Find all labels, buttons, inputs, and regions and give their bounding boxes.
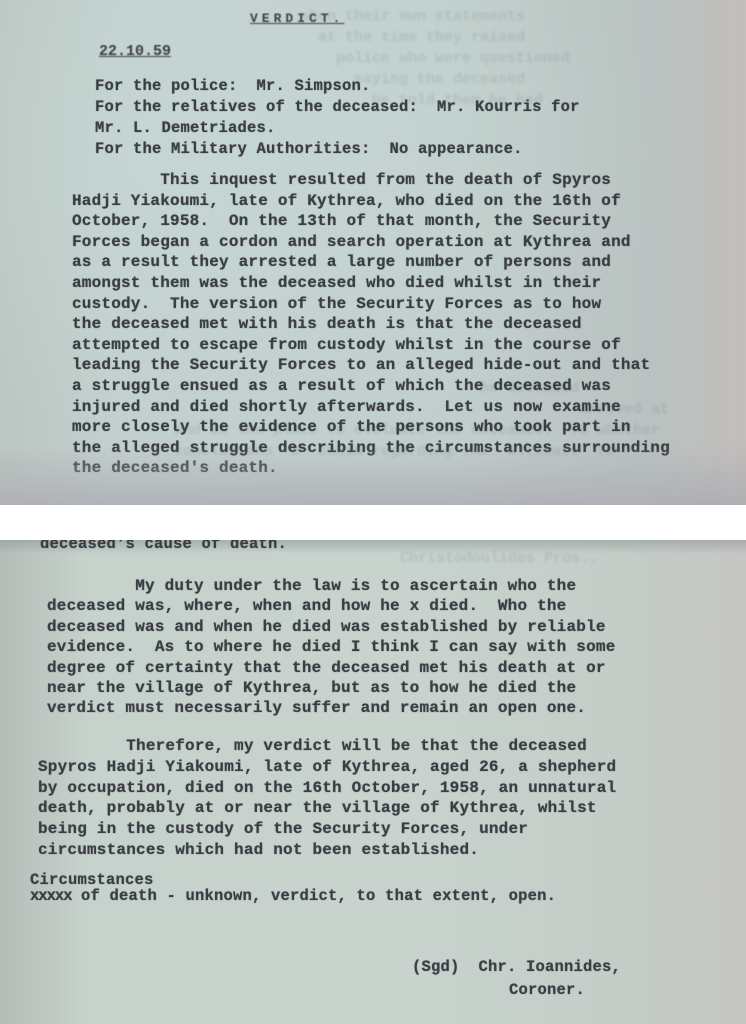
text-line: verdict must necessarily suffer and rema… (47, 698, 616, 718)
text-line: injured and died shortly afterwards. Let… (72, 397, 670, 418)
text-line: custody. The version of the Security For… (72, 294, 670, 315)
text-line: being in the custody of the Security For… (38, 819, 616, 840)
inquest-paragraph: This inquest resulted from the death of … (72, 170, 670, 479)
closing-line: xxxxx of death - unknown, verdict, to th… (30, 886, 556, 907)
text-line: Hadji Yiakoumi, late of Kythrea, who die… (72, 191, 670, 212)
text-line: amongst them was the deceased who died w… (72, 273, 670, 294)
text-line: My duty under the law is to ascertain wh… (47, 576, 616, 596)
document-photo-page-1: when their own statements at the time th… (0, 0, 746, 505)
text-line: degree of certainty that the deceased me… (47, 658, 616, 678)
text-line: death, probably at or near the village o… (38, 798, 616, 819)
text-line: near the village of Kythrea, but as to h… (47, 678, 616, 698)
cut-off-line: deceased's cause of death. (40, 540, 287, 555)
text-line: by occupation, died on the 16th October,… (38, 778, 616, 799)
appearance-line: For the relatives of the deceased: Mr. K… (95, 97, 580, 118)
closing-text: of death - unknown, verdict, to that ext… (72, 887, 557, 905)
struck-out-word: xxxxx (30, 887, 72, 905)
signature: (Sgd) Chr. Ioannides, (412, 957, 621, 978)
text-line: evidence. As to where he died I think I … (47, 637, 616, 657)
bleed-through-text: Christodoulides Pros.. (400, 548, 598, 569)
verdict-paragraph: Therefore, my verdict will be that the d… (38, 736, 616, 861)
text-line: the alleged struggle describing the circ… (72, 438, 670, 459)
text-line: leading the Security Forces to an allege… (72, 355, 670, 376)
text-line: deceased was, where, when and how he x d… (47, 596, 616, 616)
document-photo-page-2: Christodoulides Pros.. deceased's cause … (0, 540, 746, 1024)
text-line: circumstances which had not been establi… (38, 840, 616, 861)
document-date: 22.10.59 (99, 43, 171, 60)
text-line: deceased was and when he died was establ… (47, 617, 616, 637)
document-title: VERDICT. (250, 11, 344, 26)
text-line: Spyros Hadji Yiakoumi, late of Kythrea, … (38, 757, 616, 778)
appearances-block: For the police: Mr. Simpson.For the rela… (95, 76, 580, 160)
text-line: the deceased met with his death is that … (72, 314, 670, 335)
text-line: a struggle ensued as a result of which t… (72, 376, 670, 397)
text-line: attempted to escape from custody whilst … (72, 335, 670, 356)
signature-title: Coroner. (509, 980, 585, 1001)
text-line: Forces began a cordon and search operati… (72, 232, 670, 253)
text-line: This inquest resulted from the death of … (72, 170, 670, 191)
appearance-line: Mr. L. Demetriades. (95, 118, 580, 139)
text-line: October, 1958. On the 13th of that month… (72, 211, 670, 232)
appearance-line: For the police: Mr. Simpson. (95, 76, 580, 97)
text-line: Therefore, my verdict will be that the d… (38, 736, 616, 757)
text-line: as a result they arrested a large number… (72, 252, 670, 273)
duty-paragraph: My duty under the law is to ascertain wh… (47, 576, 616, 719)
appearance-line: For the Military Authorities: No appeara… (95, 139, 580, 160)
text-line: the deceased's death. (72, 458, 670, 479)
text-line: more closely the evidence of the persons… (72, 417, 670, 438)
